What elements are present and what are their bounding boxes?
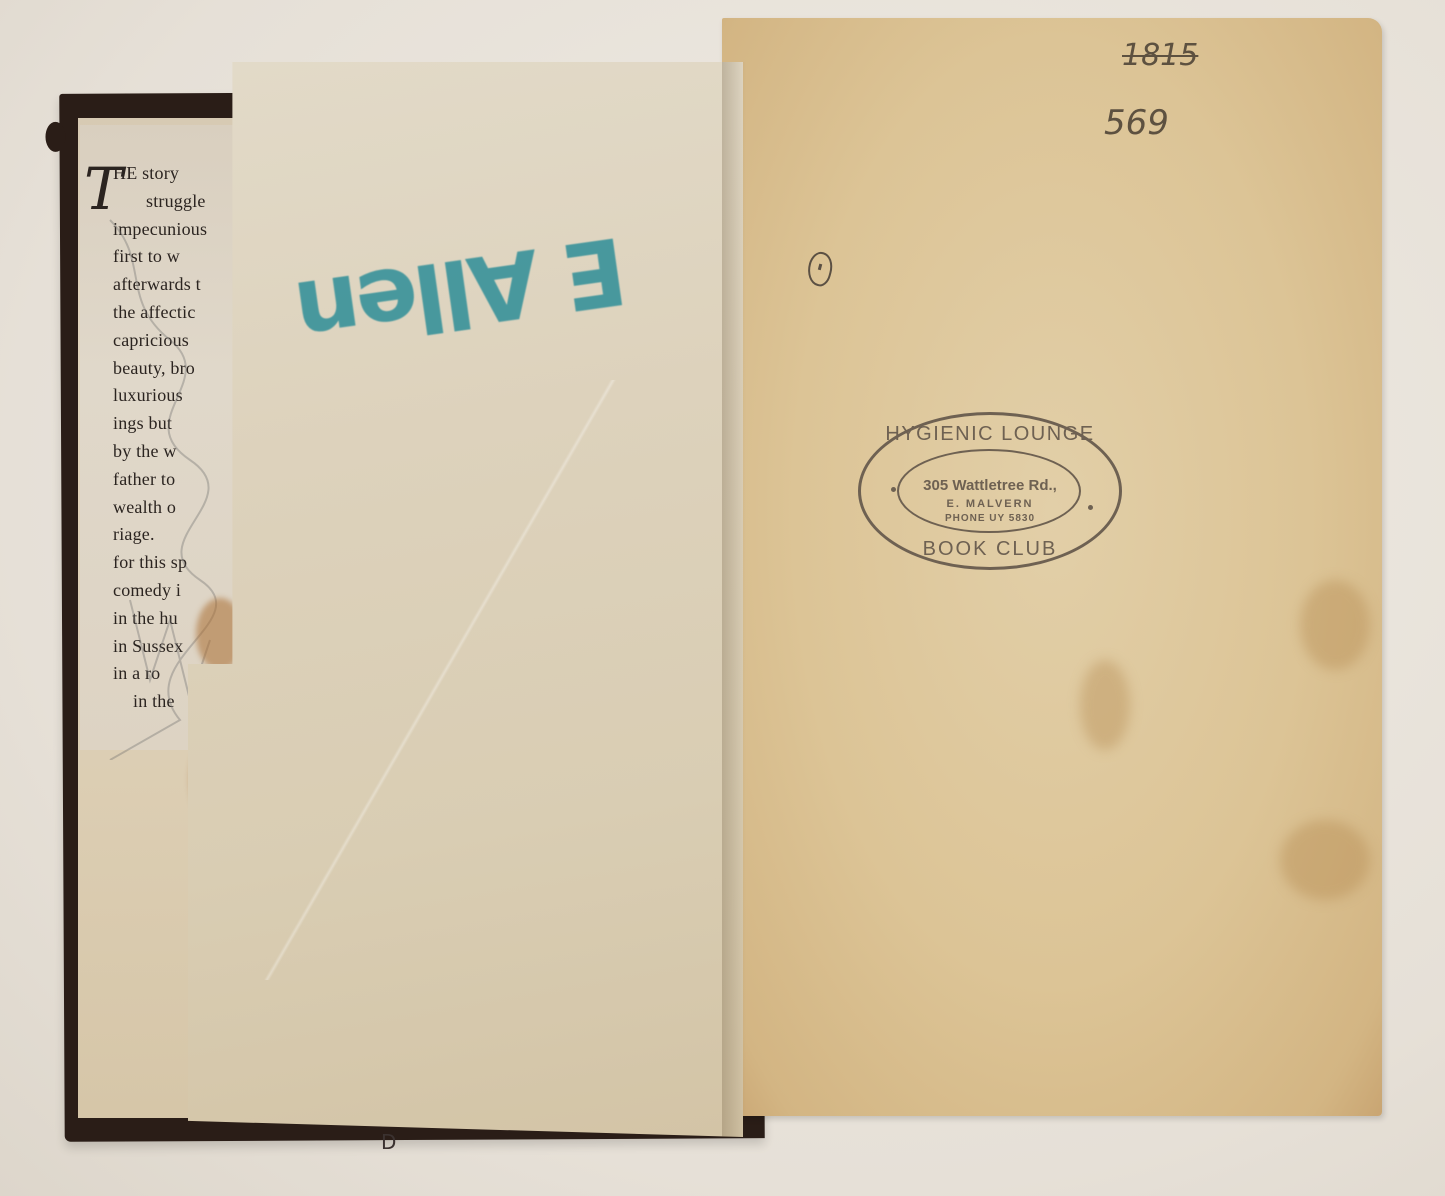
blurb-line: afterwards t: [113, 271, 238, 299]
stamp-address: 305 Wattletree Rd.,: [861, 477, 1119, 494]
leaf-crease: [230, 380, 650, 980]
right-page: [722, 18, 1382, 1116]
blurb-line: by the w: [113, 438, 238, 466]
page-number: 569: [1104, 103, 1169, 143]
blurb-line: riage.: [113, 521, 238, 549]
struck-page-number: 1815: [1122, 38, 1198, 73]
stamp-phone: PHONE UY 5830: [861, 513, 1119, 524]
blurb-line: HE story: [113, 160, 238, 188]
blurb-line: beauty, bro: [113, 355, 238, 383]
page-stain: [1280, 820, 1370, 900]
blurb-line: father to: [113, 466, 238, 494]
bottom-pencil-mark: D: [381, 1130, 396, 1154]
stamp-town: E. MALVERN: [861, 498, 1119, 510]
blurb-line: struggle: [113, 188, 238, 216]
blurb-line: ings but: [113, 410, 238, 438]
blurb-line: wealth o: [113, 494, 238, 522]
page-stain: [1300, 580, 1370, 670]
blurb-line: impecunious: [113, 216, 238, 244]
blurb-line: capricious: [113, 327, 238, 355]
blurb-line: the affectic: [113, 299, 238, 327]
stamp-subtitle: BOOK CLUB: [861, 538, 1119, 561]
gutter-shadow: [722, 62, 746, 1137]
blurb-line: first to w: [113, 243, 238, 271]
blurb-line: luxurious: [113, 382, 238, 410]
page-stain: [1080, 660, 1130, 750]
blurb-line: for this sp: [113, 549, 238, 577]
library-stamp: HYGIENIC LOUNGE 305 Wattletree Rd., E. M…: [858, 412, 1122, 570]
stamp-title: HYGIENIC LOUNGE: [861, 423, 1119, 446]
